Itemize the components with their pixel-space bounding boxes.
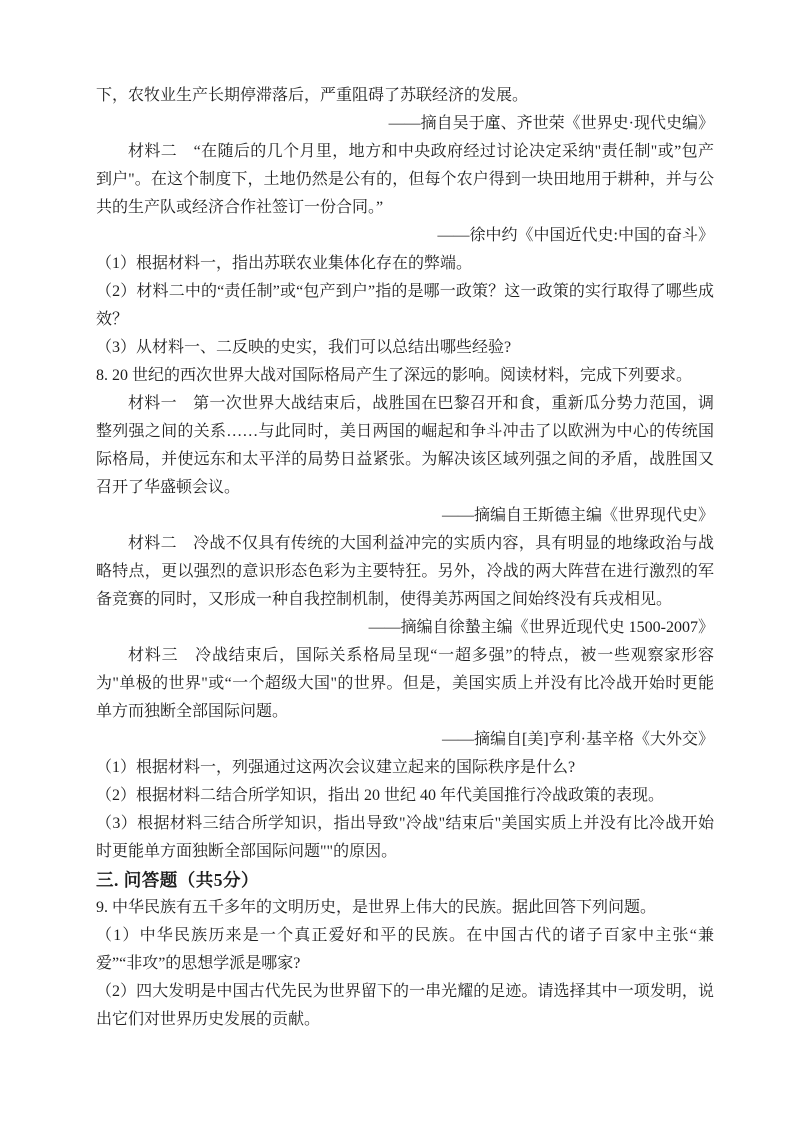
q7-subquestion-3: （3）从材料一、二反映的史实，我们可以总结出哪些经验? <box>96 334 714 362</box>
q8-material-two-paragraph: 材料二 冷战不仅具有传统的大国利益冲完的实质内容，具有明显的地缘政治与战略特点，… <box>96 530 714 614</box>
citation-xu-zhongyue: ——徐中约《中国近代史:中国的奋斗》 <box>96 222 714 250</box>
page-content: 下，农牧业生产长期停滞落后，严重阻碍了苏联经济的发展。 ——摘自吴于廑、齐世荣《… <box>96 82 714 1034</box>
citation-kissinger: ——摘编自[美]亨利·基辛格《大外交》 <box>96 726 714 754</box>
continuation-paragraph: 下，农牧业生产长期停滞落后，严重阻碍了苏联经济的发展。 <box>96 82 714 110</box>
q7-subquestion-1: （1）根据材料一，指出苏联农业集体化存在的弊端。 <box>96 250 714 278</box>
q7-subquestion-2: （2）材料二中的“责任制”或“包产到户”指的是哪一政策？这一政策的实行取得了哪些… <box>96 278 714 334</box>
q8-subquestion-1: （1）根据材料一，列强通过这两次会议建立起来的国际秩序是什么? <box>96 754 714 782</box>
q9-subquestion-1: （1）中华民族历来是一个真正爱好和平的民族。在中国古代的诸子百家中主张“兼爱”“… <box>96 922 714 978</box>
q8-subquestion-2: （2）根据材料二结合所学知识，指出 20 世纪 40 年代美国推行冷战政策的表现… <box>96 782 714 810</box>
exam-page: 下，农牧业生产长期停滞落后，严重阻碍了苏联经济的发展。 ——摘自吴于廑、齐世荣《… <box>0 0 793 1122</box>
citation-xu-zhe: ——摘编自徐蟄主编《世界近现代史 1500-2007》 <box>96 614 714 642</box>
q7-material-two-paragraph: 材料二 “在随后的几个月里，地方和中央政府经过讨论决定采纳"责任制"或”包产到户… <box>96 138 714 222</box>
citation-world-history-modern: ——摘自吴于廑、齐世荣《世界史·现代史编》 <box>96 110 714 138</box>
citation-wang-side: ——摘编自王斯德主编《世界现代史》 <box>96 502 714 530</box>
q8-material-three-paragraph: 材料三 冷战结束后，国际关系格局呈现“一超多强”的特点，被一些观察家形容为"单极… <box>96 642 714 726</box>
question-8-intro: 8. 20 世纪的西次世界大战对国际格局产生了深远的影响。阅读材料，完成下列要求… <box>96 362 714 390</box>
question-9-intro: 9. 中华民族有五千多年的文明历史，是世界上伟大的民族。据此回答下列问题。 <box>96 894 714 922</box>
q9-subquestion-2: （2）四大发明是中国古代先民为世界留下的一串光耀的足迹。请选择其中一项发明，说出… <box>96 978 714 1034</box>
q8-subquestion-3: （3）根据材料三结合所学知识，指出导致"冷战"结束后"美国实质上并没有比冷战开始… <box>96 810 714 866</box>
q8-material-one-paragraph: 材料一 第一次世界大战结束后，战胜国在巴黎召开和食，重新瓜分势力范国，调整列强之… <box>96 390 714 502</box>
section-three-header: 三. 问答题（共5分） <box>96 866 714 894</box>
